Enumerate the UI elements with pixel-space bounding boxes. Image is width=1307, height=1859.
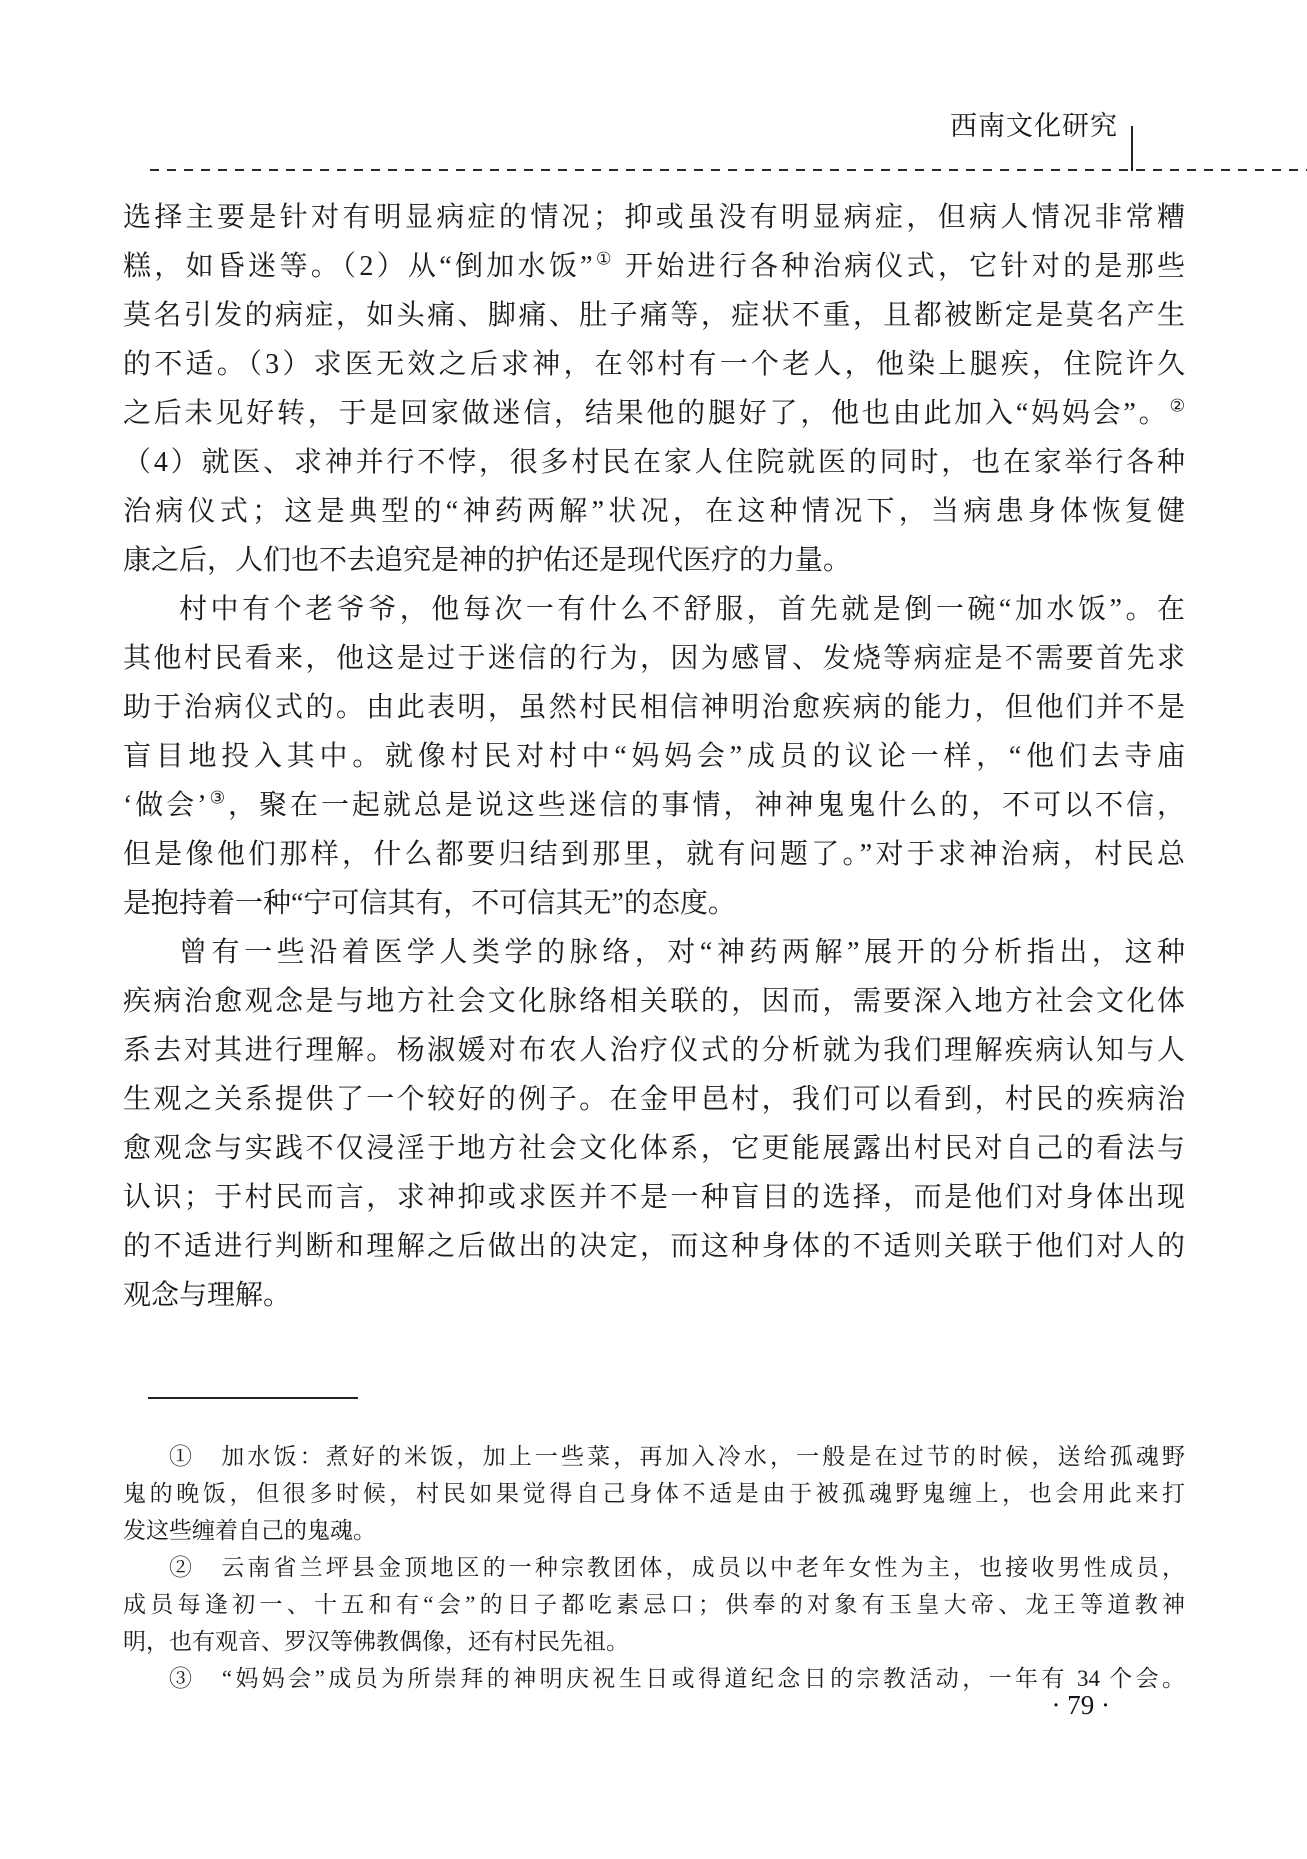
paragraph: 村中有个老爷爷，他每次一有什么不舒服，首先就是倒一碗“加水饭”。在其他村民看来，…: [123, 585, 1185, 928]
journal-title: 西南文化研究: [950, 104, 1118, 143]
body-line: 是抱持着一种“宁可信其有，不可信其无”的态度。: [123, 879, 1185, 928]
body-line: 认识；于村民而言，求神抑或求医并不是一种盲目的选择，而是他们对身体出现: [123, 1173, 1185, 1222]
body-line: 生观之关系提供了一个较好的例子。在金甲邑村，我们可以看到，村民的疾病治: [123, 1075, 1185, 1124]
page-number: · 79 ·: [1052, 1690, 1110, 1721]
header-vertical-rule: [1131, 126, 1133, 171]
footnote: ① 加水饭：煮好的米饭，加上一些菜，再加入冷水，一般是在过节的时候，送给孤魂野鬼…: [123, 1438, 1185, 1549]
body-line: 系去对其进行理解。杨淑媛对布农人治疗仪式的分析就为我们理解疾病认知与人: [123, 1026, 1185, 1075]
body-line: 治病仪式；这是典型的“神药两解”状况，在这种情况下，当病患身体恢复健: [123, 487, 1185, 536]
body-line: 的不适。（3）求医无效之后求神，在邻村有一个老人，他染上腿疾，住院许久: [123, 340, 1185, 389]
body-line: 盲目地投入其中。就像村民对村中“妈妈会”成员的议论一样，“他们去寺庙: [123, 732, 1185, 781]
footnote-line: 发这些缠着自己的鬼魂。: [123, 1512, 1185, 1549]
paragraph: 选择主要是针对有明显病症的情况；抑或虽没有明显病症，但病人情况非常糟糕，如昏迷等…: [123, 193, 1185, 585]
body-line: 观念与理解。: [123, 1271, 1185, 1320]
footnote-separator: [148, 1397, 358, 1399]
body-line: 康之后，人们也不去追究是神的护佑还是现代医疗的力量。: [123, 536, 1185, 585]
body-line: 莫名引发的病症，如头痛、脚痛、肚子痛等，症状不重，且都被断定是莫名产生: [123, 291, 1185, 340]
body-line: 曾有一些沿着医学人类学的脉络，对“神药两解”展开的分析指出，这种: [123, 928, 1185, 977]
body-line: ‘做会’③，聚在一起就总是说这些迷信的事情，神神鬼鬼什么的，不可以不信，: [123, 781, 1185, 830]
footnote: ③ “妈妈会”成员为所崇拜的神明庆祝生日或得道纪念日的宗教活动，一年有 34 个…: [123, 1660, 1185, 1697]
footnote-line: 成员每逢初一、十五和有“会”的日子都吃素忌口；供奉的对象有玉皇大帝、龙王等道教神: [123, 1586, 1185, 1623]
footnote-ref: ②: [1169, 397, 1185, 416]
body-line: 选择主要是针对有明显病症的情况；抑或虽没有明显病症，但病人情况非常糟: [123, 193, 1185, 242]
footnote-line: ② 云南省兰坪县金顶地区的一种宗教团体，成员以中老年女性为主，也接收男性成员，: [123, 1549, 1185, 1586]
body-line: （4）就医、求神并行不悖，很多村民在家人住院就医的同时，也在家举行各种: [123, 438, 1185, 487]
body-line: 助于治病仪式的。由此表明，虽然村民相信神明治愈疾病的能力，但他们并不是: [123, 683, 1185, 732]
body-line: 愈观念与实践不仅浸淫于地方社会文化体系，它更能展露出村民对自己的看法与: [123, 1124, 1185, 1173]
body-line: 疾病治愈观念是与地方社会文化脉络相关联的，因而，需要深入地方社会文化体: [123, 977, 1185, 1026]
footnotes: ① 加水饭：煮好的米饭，加上一些菜，再加入冷水，一般是在过节的时候，送给孤魂野鬼…: [123, 1438, 1185, 1697]
footnote-line: 鬼的晚饭，但很多时候，村民如果觉得自己身体不适是由于被孤魂野鬼缠上，也会用此来打: [123, 1475, 1185, 1512]
document-page: 西南文化研究 选择主要是针对有明显病症的情况；抑或虽没有明显病症，但病人情况非常…: [0, 0, 1307, 1859]
body-line: 之后未见好转，于是回家做迷信，结果他的腿好了，他也由此加入“妈妈会”。②: [123, 389, 1185, 438]
body-line: 但是像他们那样，什么都要归结到那里，就有问题了。”对于求神治病，村民总: [123, 830, 1185, 879]
body-line: 村中有个老爷爷，他每次一有什么不舒服，首先就是倒一碗“加水饭”。在: [123, 585, 1185, 634]
paragraph: 曾有一些沿着医学人类学的脉络，对“神药两解”展开的分析指出，这种疾病治愈观念是与…: [123, 928, 1185, 1320]
footnote-line: 明，也有观音、罗汉等佛教偶像，还有村民先祖。: [123, 1623, 1185, 1660]
footnote: ② 云南省兰坪县金顶地区的一种宗教团体，成员以中老年女性为主，也接收男性成员，成…: [123, 1549, 1185, 1660]
body-line: 的不适进行判断和理解之后做出的决定，而这种身体的不适则关联于他们对人的: [123, 1222, 1185, 1271]
body-line: 糕，如昏迷等。（2）从“倒加水饭”① 开始进行各种治病仪式，它针对的是那些: [123, 242, 1185, 291]
footnote-ref: ③: [207, 789, 229, 808]
footnote-line: ③ “妈妈会”成员为所崇拜的神明庆祝生日或得道纪念日的宗教活动，一年有 34 个…: [123, 1660, 1185, 1697]
footnote-ref: ①: [593, 250, 615, 269]
footnote-line: ① 加水饭：煮好的米饭，加上一些菜，再加入冷水，一般是在过节的时候，送给孤魂野: [123, 1438, 1185, 1475]
body-text: 选择主要是针对有明显病症的情况；抑或虽没有明显病症，但病人情况非常糟糕，如昏迷等…: [123, 193, 1185, 1320]
header-dashed-divider: [150, 169, 1307, 171]
body-line: 其他村民看来，他这是过于迷信的行为，因为感冒、发烧等病症是不需要首先求: [123, 634, 1185, 683]
